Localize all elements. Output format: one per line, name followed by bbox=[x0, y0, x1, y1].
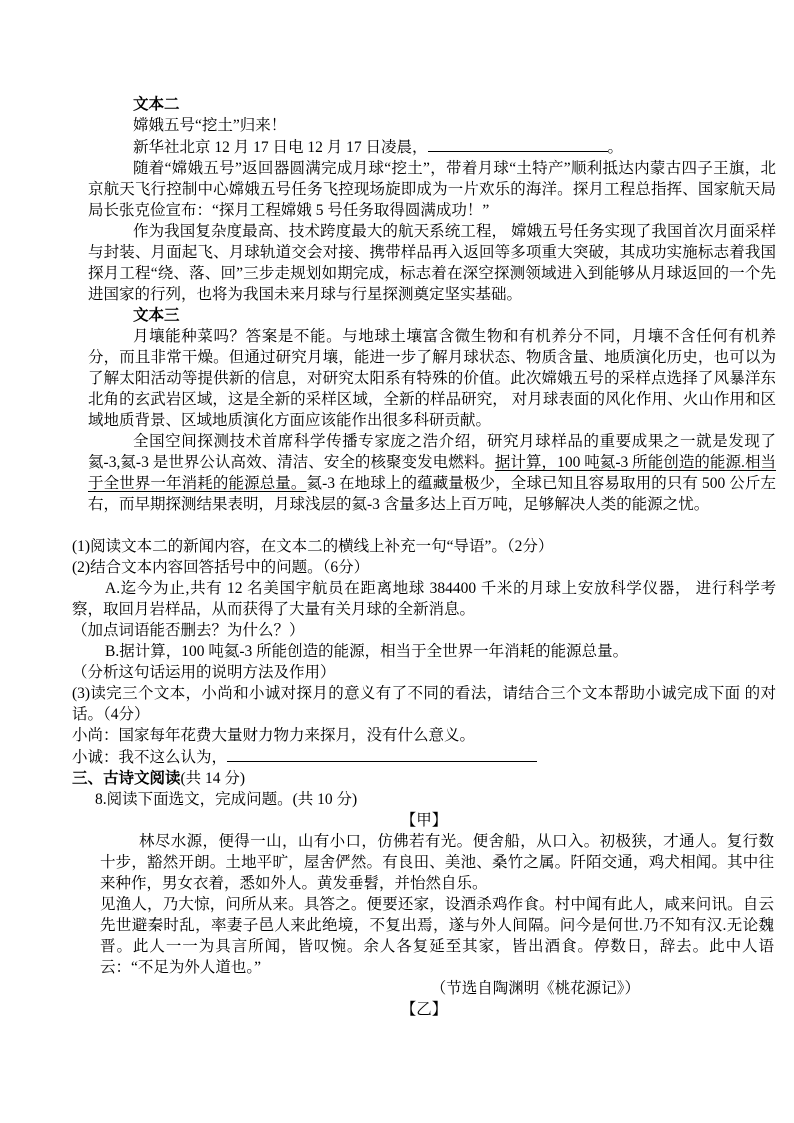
news-paragraph-2: 作为我国复杂度最高、技术跨度最大的航天系统工程， 嫦娥五号任务实现了我国首次月面… bbox=[88, 221, 776, 305]
news-paragraph-1: 随着“嫦娥五号”返回器圆满完成月球“挖土”，带着月球“土特产”顺利抵达内蒙古四子… bbox=[88, 158, 776, 221]
questions-block: (1)阅读文本二的新闻内容，在文本二的横线上补充一句“导语”。（2分） (2)结… bbox=[72, 536, 776, 831]
section-3-title: 三、古诗文阅读 bbox=[72, 770, 181, 787]
dialog-xiaocheng-prefix: 小诚：我不这么认为， bbox=[72, 749, 227, 766]
dialog-xiaocheng: 小诚：我不这么认为， bbox=[72, 746, 776, 768]
passage-jia-source: （节选自陶渊明《桃花源记》） bbox=[72, 978, 776, 999]
news-dateline-prefix: 新华社北京 12 月 17 日电 12 月 17 日凌晨， bbox=[133, 139, 428, 156]
question-3: (3)读完三个文本，小尚和小诚对探月的意义有了不同的看法，请结合三个文本帮助小诚… bbox=[72, 683, 776, 725]
question-8: 8.阅读下面选文，完成问题。(共 10 分) bbox=[72, 789, 776, 810]
passage-yi-label: 【乙】 bbox=[72, 999, 776, 1020]
news-dateline: 新华社北京 12 月 17 日电 12 月 17 日凌晨，。 bbox=[88, 136, 776, 158]
passage-jia-paragraph-1: 林尽水源，便得一山，山有小口，仿佛若有光。便舍船，从口入。初极狭，才通人。复行数… bbox=[100, 831, 774, 894]
text3-heading: 文本三 bbox=[88, 305, 776, 326]
dialog-xiaoshang: 小尚：国家每年花费大量财力物力来探月，没有什么意义。 bbox=[72, 725, 776, 746]
question-3-text: (3)读完三个文本，小尚和小诚对探月的意义有了不同的看法，请结合三个文本帮助小诚… bbox=[72, 685, 776, 723]
text3-paragraph-2: 全国空间探测技术首席科学传播专家庞之浩介绍，研究月球样品的重要成果之一就是发现了… bbox=[88, 431, 776, 515]
dialog-blank-line bbox=[227, 746, 537, 762]
news-dateline-suffix: 。 bbox=[608, 139, 624, 156]
document-page: 文本二 嫦娥五号“挖土”归来！ 新华社北京 12 月 17 日电 12 月 17… bbox=[0, 0, 794, 1123]
question-2-option-b: B.据计算，100 吨氦-3 所能创造的能源，相当于全世界一年消耗的能源总量。 bbox=[72, 641, 776, 662]
question-2-option-b-note: （分析这句话运用的说明方法及作用） bbox=[72, 662, 776, 683]
question-3-score: （4分） bbox=[103, 706, 150, 723]
question-2-option-a: A.迄今为止,共有 12 名美国宇航员在距离地球 384400 千米的月球上安放… bbox=[72, 578, 776, 620]
passage-jia-block: 林尽水源，便得一山，山有小口，仿佛若有光。便舍船，从口入。初极狭，才通人。复行数… bbox=[100, 831, 774, 978]
question-2: (2)结合文本内容回答括号中的问题。（6分） bbox=[72, 557, 776, 578]
passage-jia-paragraph-2: 见渔人，乃大惊，问所从来。具答之。便要还家，设酒杀鸡作食。村中闻有此人，咸来问讯… bbox=[100, 894, 774, 978]
news-headline: 嫦娥五号“挖土”归来！ bbox=[88, 115, 776, 136]
question-1: (1)阅读文本二的新闻内容，在文本二的横线上补充一句“导语”。（2分） bbox=[72, 536, 776, 557]
text2-block: 文本二 嫦娥五号“挖土”归来！ 新华社北京 12 月 17 日电 12 月 17… bbox=[88, 94, 776, 515]
page-content: 文本二 嫦娥五号“挖土”归来！ 新华社北京 12 月 17 日电 12 月 17… bbox=[0, 94, 794, 1020]
section-3-score: (共 14 分) bbox=[181, 770, 246, 787]
text3-paragraph-1: 月壤能种菜吗？答案是不能。与地球土壤富含微生物和有机养分不同，月壤不含任何有机养… bbox=[88, 326, 776, 431]
text2-heading: 文本二 bbox=[88, 94, 776, 115]
passage-jia-label: 【甲】 bbox=[72, 810, 776, 831]
lead-blank-line bbox=[428, 136, 608, 152]
question-2-option-a-note: （加点词语能否删去？为什么？） bbox=[72, 620, 776, 641]
passage-footer-block: （节选自陶渊明《桃花源记》） 【乙】 bbox=[72, 978, 776, 1020]
section-3-heading: 三、古诗文阅读(共 14 分) bbox=[72, 768, 776, 789]
